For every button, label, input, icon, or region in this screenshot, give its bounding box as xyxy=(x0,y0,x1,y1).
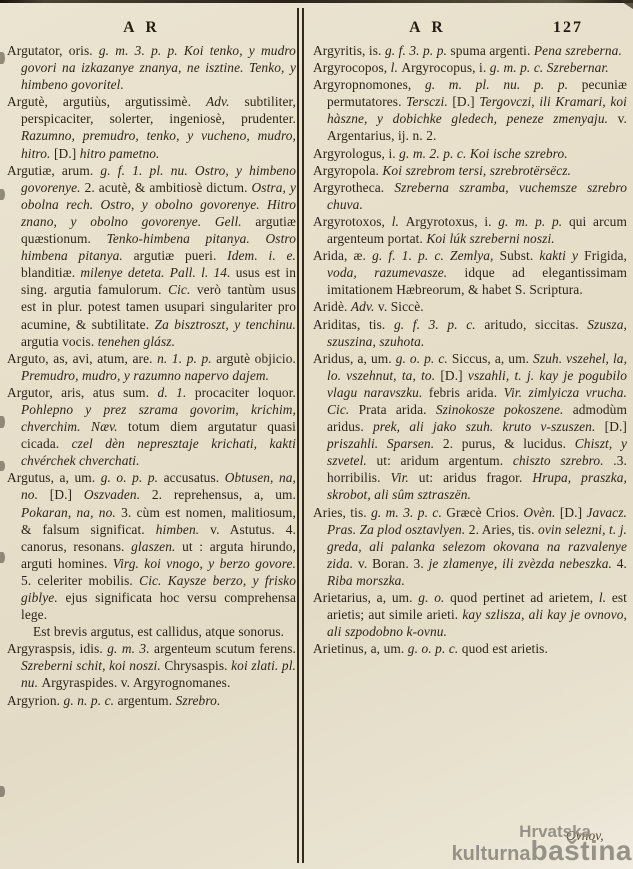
latin-text: Arguto, as, avi, atum, are. xyxy=(7,351,157,366)
dictionary-entry: Argutè, argutiùs, argutissimè. Adv. subt… xyxy=(7,93,296,161)
watermark: Hrvatska kulturnabaština xyxy=(452,825,632,868)
ink-smudge xyxy=(0,416,5,428)
dictionary-entry: Argutiæ, arum. g. f. 1. pl. nu. Ostro, y… xyxy=(7,162,296,350)
latin-text: Argyraspides. v. Argyrognomanes. xyxy=(42,675,231,690)
page-number: 127 xyxy=(553,19,583,37)
latin-text: 2. reprehensus, a, um. xyxy=(152,487,296,502)
dictionary-entry: Argutator, oris. g. m. 3. p. p. Koi tenk… xyxy=(7,42,296,93)
dictionary-entry: Argyraspsis, idis. g. m. 3. argenteum sc… xyxy=(7,640,296,691)
translation-text: g. o. p. c. xyxy=(408,641,462,656)
translation-text: g. m. pl. nu. p. p. xyxy=(425,77,582,92)
latin-text: ut: aridus fragor. xyxy=(419,470,533,485)
translation-text: Szinokosze pokoszene. xyxy=(436,402,573,417)
dictionary-entry: Argyritis, is. g. f. 3. p. p. spuma arge… xyxy=(313,42,627,59)
ink-smudge xyxy=(0,552,5,563)
latin-text: quod pertinet ad arietem, xyxy=(450,590,599,605)
translation-text: g. n. p. c. xyxy=(64,693,118,708)
latin-text: Argyraspsis, idis. xyxy=(7,641,107,656)
translation-text: Koi szrebrom tersi, szrebrotërsëcz. xyxy=(382,163,571,178)
latin-text: argenteum scutum ferens. xyxy=(154,641,296,656)
latin-text: Subst. xyxy=(500,248,540,263)
latin-text: Arida, æ. xyxy=(313,248,372,263)
translation-text: g. m. 3. xyxy=(107,641,154,656)
translation-text: Szreberni schit, koi noszi. xyxy=(21,658,164,673)
latin-text: [D.] xyxy=(452,94,479,109)
latin-text: Aridus, a, um. xyxy=(313,351,396,366)
right-column: Argyritis, is. g. f. 3. p. p. spuma arge… xyxy=(313,42,627,657)
latin-text: [D.] xyxy=(560,505,587,520)
translation-text: kakti y xyxy=(539,248,584,263)
translation-text: Za bisztroszt, y tenchinu. xyxy=(155,317,296,332)
latin-text: procaciter loquor. xyxy=(195,385,296,400)
translation-text: Oszvaden. xyxy=(84,487,152,502)
latin-text: Aries, tis. xyxy=(313,505,371,520)
latin-text: Arietinus, a, um. xyxy=(313,641,408,656)
translation-text: Koi lúk szreberni noszi. xyxy=(426,231,554,246)
latin-text: Argyropnomones, xyxy=(313,77,425,92)
translation-text: Vir. xyxy=(390,470,418,485)
translation-text: Riba morszka. xyxy=(327,573,405,588)
column-header-left: A R xyxy=(7,19,277,37)
translation-text: g. m. p. c. Szrebernar. xyxy=(490,60,609,75)
latin-text: 2. purus, & lucidus. xyxy=(443,436,575,451)
translation-text: l. xyxy=(599,590,612,605)
latin-text: Argyrocopus, i. xyxy=(401,60,489,75)
latin-text: Argutor, aris, atus sum. xyxy=(7,385,158,400)
translation-text: g. o. p. c. xyxy=(396,351,452,366)
dictionary-entry: Argutus, a, um. g. o. p. p. accusatus. O… xyxy=(7,469,296,623)
verse-line: Est brevis argutus, est callidus, atque … xyxy=(7,623,296,640)
translation-text: Pokaran, na, no. xyxy=(21,505,121,520)
latin-text: ut: aridum argentum. xyxy=(376,453,512,468)
translation-text: g. o. p. p. xyxy=(101,470,164,485)
dictionary-entry: Argyrocopos, l. Argyrocopus, i. g. m. p.… xyxy=(313,59,627,76)
latin-text: Ariditas, tis. xyxy=(313,317,394,332)
latin-text: argutiæ pueri. xyxy=(134,248,228,263)
latin-text: 4. xyxy=(617,556,627,571)
latin-text: v. Boran. 3. xyxy=(358,556,429,571)
dictionary-entry: Argyrotheca. Szreberna szramba, vuchemsz… xyxy=(313,179,627,213)
latin-text: Argyritis, is. xyxy=(313,43,385,58)
dictionary-entry: Argutor, aris, atus sum. d. 1. procacite… xyxy=(7,384,296,469)
translation-text: chiszto szrebro. xyxy=(513,453,613,468)
translation-text: g. m. 2. p. c. Koi ische szrebro. xyxy=(399,146,568,161)
latin-text: aritudo, siccitas. xyxy=(484,317,587,332)
translation-text: tenehen glász. xyxy=(98,334,175,349)
latin-text: Argutator, oris. xyxy=(7,43,99,58)
translation-text: l. xyxy=(392,214,406,229)
translation-text: je zlamenye, ili zvèzda nebeszka. xyxy=(429,556,617,571)
latin-text: 2. acutè, & ambitiosè dictum. xyxy=(85,180,252,195)
translation-text: Ovèn. xyxy=(523,505,559,520)
ink-smudge xyxy=(0,786,5,797)
ink-smudge xyxy=(0,189,5,200)
watermark-line2: kulturnabaština xyxy=(452,839,632,868)
latin-text: Argyrologus, i. xyxy=(313,146,399,161)
translation-text: Szrebro. xyxy=(176,693,221,708)
translation-text: Adv. xyxy=(351,299,378,314)
dictionary-entry: Arguto, as, avi, atum, are. n. 1. p. p. … xyxy=(7,350,296,384)
translation-text: g. m. 3. p. c. xyxy=(371,505,446,520)
latin-text: Argyrotoxus, i. xyxy=(406,214,499,229)
column-divider-rule xyxy=(297,8,304,863)
translation-text: g. f. 3. p. p. xyxy=(385,43,450,58)
latin-text: Arietarius, a, um. xyxy=(313,590,418,605)
watermark-word-bastina: baština xyxy=(530,835,632,866)
dictionary-entry: Aridè. Adv. v. Siccè. xyxy=(313,298,627,315)
translation-text: voda, razumevasze. xyxy=(327,265,465,280)
latin-text: argentum. xyxy=(118,693,176,708)
latin-text: Est brevis argutus, est callidus, atque … xyxy=(33,624,284,639)
translation-text: hitro pametno. xyxy=(80,146,160,161)
translation-text: g. m. p. p. xyxy=(498,214,569,229)
dictionary-entry: Argyropola. Koi szrebrom tersi, szrebrot… xyxy=(313,162,627,179)
translation-text: d. 1. xyxy=(158,385,195,400)
latin-text: blanditiæ. xyxy=(21,265,80,280)
ink-smudge xyxy=(0,52,5,64)
latin-text: Græcè Crios. xyxy=(446,505,523,520)
translation-text: Cic. xyxy=(168,282,197,297)
latin-text: spuma argenti. xyxy=(450,43,533,58)
latin-text: Argyropola. xyxy=(313,163,382,178)
translation-text: Adv. xyxy=(206,94,245,109)
latin-text: Argyrotheca. xyxy=(313,180,394,195)
dictionary-entry: Arietarius, a, um. g. o. quod pertinet a… xyxy=(313,589,627,640)
dictionary-entry: Argyropnomones, g. m. pl. nu. p. p. pecu… xyxy=(313,76,627,144)
latin-text: Argutè, argutiùs, argutissimè. xyxy=(7,94,206,109)
dictionary-entry: Argyrotoxos, l. Argyrotoxus, i. g. m. p.… xyxy=(313,213,627,247)
latin-text: [D.] xyxy=(54,146,80,161)
dictionary-entry: Argyrologus, i. g. m. 2. p. c. Koi ische… xyxy=(313,145,627,162)
dictionary-entry: Aridus, a, um. g. o. p. c. Siccus, a, um… xyxy=(313,350,627,504)
translation-text: Pena szreberna. xyxy=(534,43,622,58)
dictionary-entry: Arietinus, a, um. g. o. p. c. quod est a… xyxy=(313,640,627,657)
translation-text: Idem. i. e. xyxy=(227,248,296,263)
dictionary-entry: Ariditas, tis. g. f. 3. p. c. aritudo, s… xyxy=(313,316,627,350)
translation-text: himben. xyxy=(156,522,210,537)
latin-text: Argutiæ, arum. xyxy=(7,163,100,178)
latin-text: 2. Aries, tis. xyxy=(469,522,538,537)
translation-text: prek, ali jako szuh. kruto v-szuszen. xyxy=(373,419,605,434)
latin-text: Siccus, a, um. xyxy=(452,351,533,366)
watermark-word-kulturna: kulturna xyxy=(452,843,531,865)
translation-text: n. 1. p. p. xyxy=(157,351,216,366)
latin-text: quod est arietis. xyxy=(462,641,548,656)
dictionary-entry: Aries, tis. g. m. 3. p. c. Græcè Crios. … xyxy=(313,504,627,589)
scan-top-edge xyxy=(0,0,633,3)
latin-text: [D.] xyxy=(605,419,627,434)
latin-text: Prata arida. xyxy=(359,402,436,417)
column-header-right: A R xyxy=(313,19,543,37)
latin-text: argutia vocis. xyxy=(21,334,98,349)
translation-text: l. xyxy=(391,60,402,75)
translation-text: Tersczi. xyxy=(406,94,452,109)
dictionary-entry: Arida, æ. g. f. 1. p. c. Zemlya, Subst. … xyxy=(313,247,627,298)
latin-text: Chrysaspis. xyxy=(164,658,231,673)
dictionary-entry: Argyrion. g. n. p. c. argentum. Szrebro. xyxy=(7,692,296,709)
dictionary-page: A R A R 127 Argutator, oris. g. m. 3. p.… xyxy=(0,0,633,869)
translation-text: Premudro, mudro, y razumno napervo dajem… xyxy=(21,368,269,383)
latin-text: 5. celeriter mobilis. xyxy=(21,573,139,588)
latin-text: v. Siccè. xyxy=(378,299,424,314)
translation-text: g. f. 3. p. c. xyxy=(394,317,484,332)
translation-text: g. o. xyxy=(418,590,450,605)
translation-text: priszahli. Sparsen. xyxy=(327,436,443,451)
latin-text: febris arida. xyxy=(429,385,504,400)
translation-text: g. f. 1. p. c. Zemlya, xyxy=(372,248,500,263)
latin-text: Argutus, a, um. xyxy=(7,470,101,485)
latin-text: Argyrocopos, xyxy=(313,60,391,75)
translation-text: Virg. koi vnogo, y berzo govore. xyxy=(113,556,296,571)
ink-smudge xyxy=(0,461,5,471)
latin-text: accusatus. xyxy=(164,470,225,485)
translation-text: glaszen. xyxy=(131,539,182,554)
latin-text: Aridè. xyxy=(313,299,351,314)
translation-text: milenye deteta. Pall. l. 14. xyxy=(80,265,235,280)
latin-text: [D.] xyxy=(440,368,468,383)
latin-text: Frigida, xyxy=(584,248,627,263)
left-column: Argutator, oris. g. m. 3. p. p. Koi tenk… xyxy=(7,42,296,709)
latin-text: Argyrotoxos, xyxy=(313,214,392,229)
latin-text: Argyrion. xyxy=(7,693,64,708)
latin-text: [D.] xyxy=(50,487,84,502)
latin-text: argutè objicio. xyxy=(216,351,296,366)
